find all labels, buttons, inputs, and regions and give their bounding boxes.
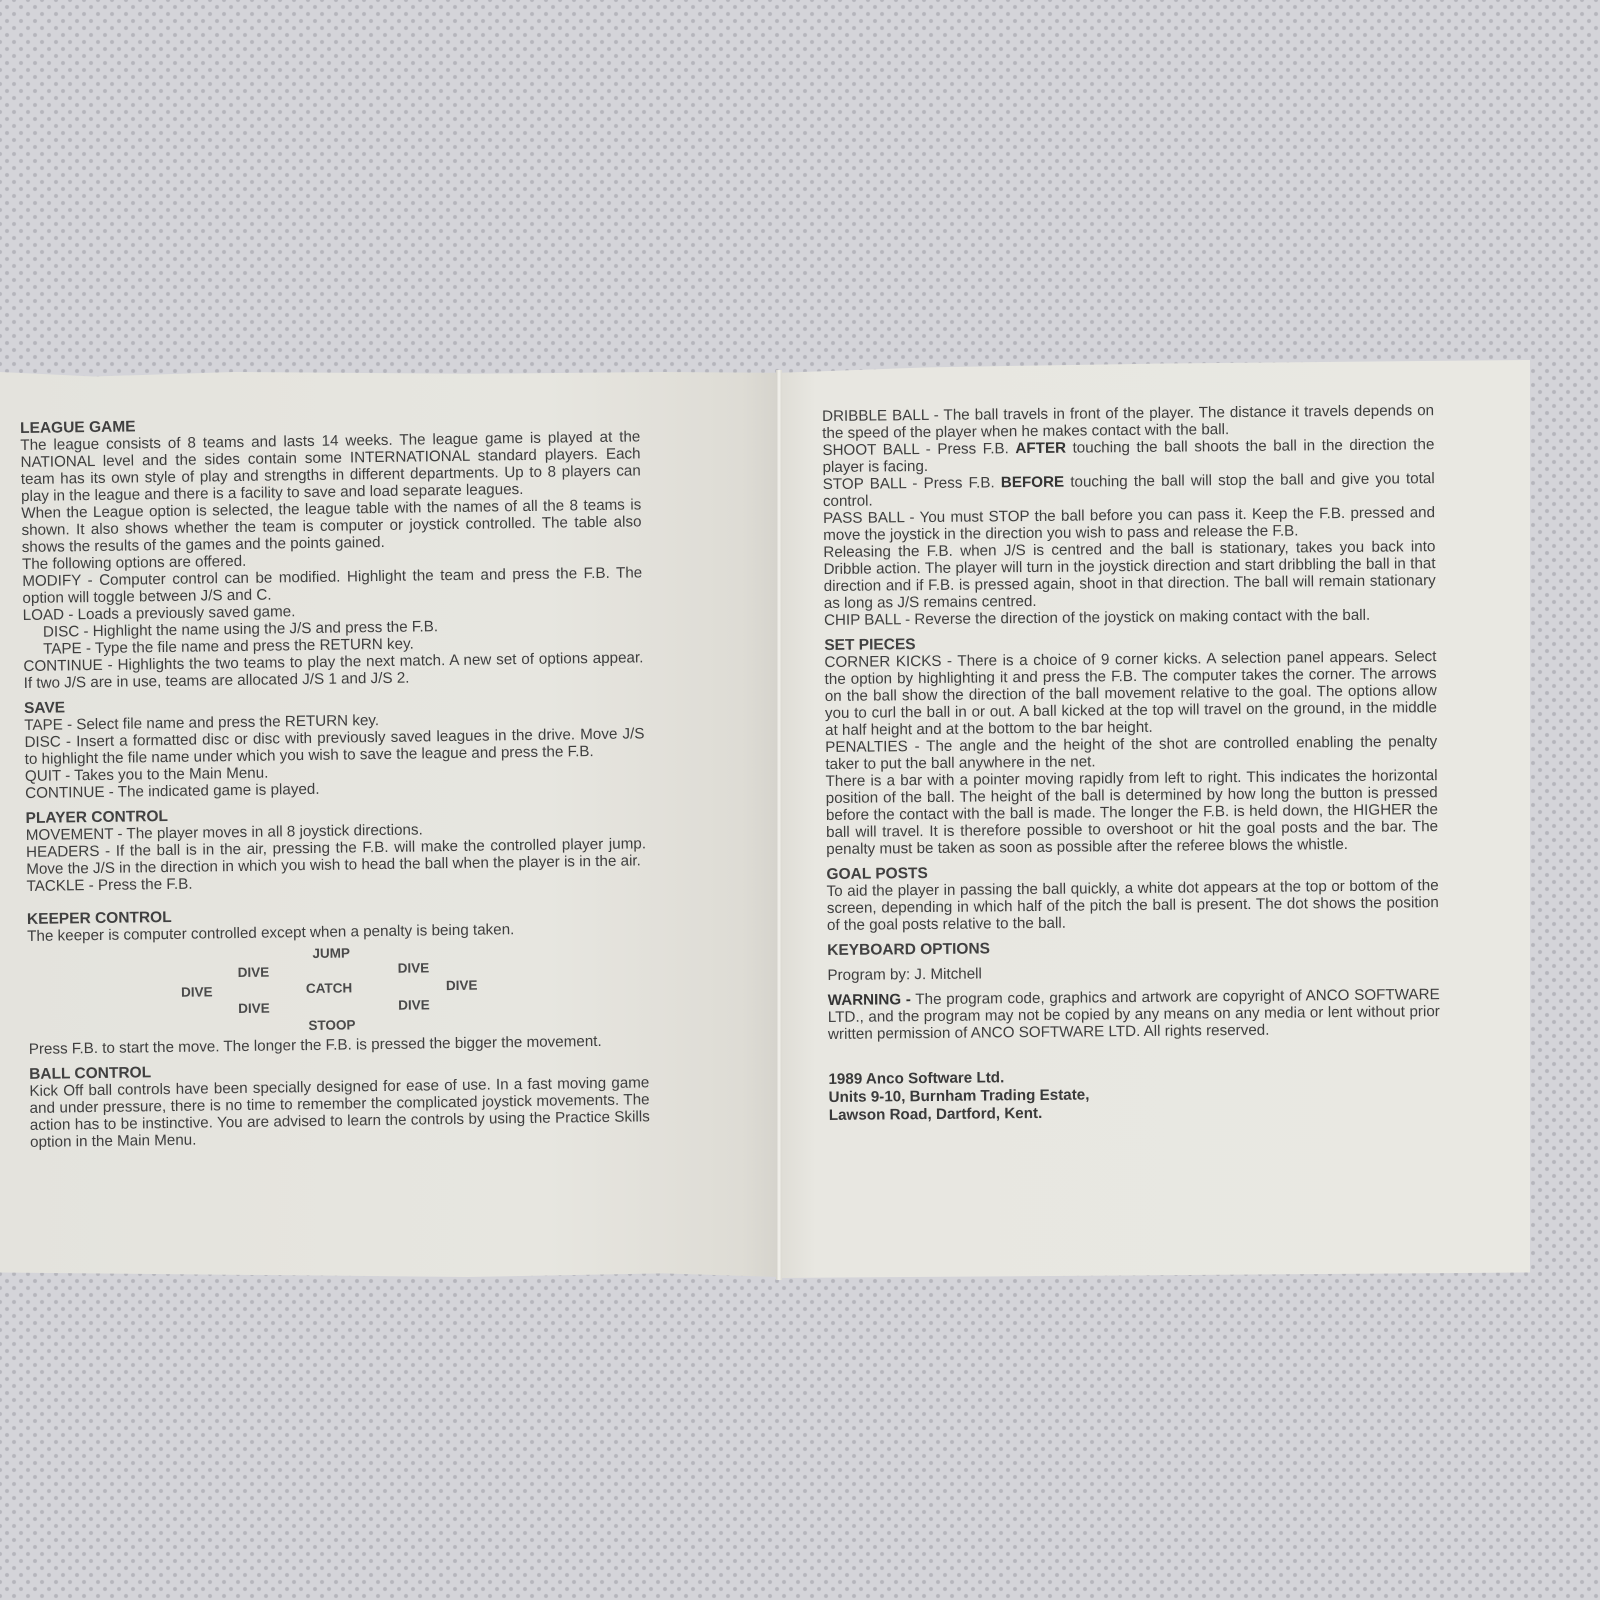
stop-ball-pre: STOP BALL - Press F.B. <box>823 474 995 493</box>
keeper-move-jump: JUMP <box>312 944 350 962</box>
section-keeper-control: KEEPER CONTROL The keeper is computer co… <box>27 902 649 1058</box>
shoot-ball-emphasis: AFTER <box>1015 440 1066 457</box>
keeper-direction-diagram: JUMP DIVE DIVE DIVE CATCH DIVE DIVE DIVE… <box>27 940 648 1041</box>
open-manual-booklet: LEAGUE GAME The league consists of 8 tea… <box>0 360 1530 1285</box>
keeper-move-dive-up-left: DIVE <box>238 964 270 981</box>
releasing-fb: Releasing the F.B. when J/S is centred a… <box>823 538 1436 612</box>
right-page-text: DRIBBLE BALL - The ball travels in front… <box>822 402 1441 1125</box>
copyright-warning: WARNING - The program code, graphics and… <box>828 986 1440 1043</box>
keeper-move-dive-down-right: DIVE <box>398 996 430 1013</box>
goal-posts-text: To aid the player in passing the ball qu… <box>827 877 1439 934</box>
section-save: SAVE TAPE - Select file name and press t… <box>24 691 645 802</box>
keeper-move-dive-down-left: DIVE <box>238 1000 270 1017</box>
corner-kicks: CORNER KICKS - There is a choice of 9 co… <box>824 648 1437 739</box>
stop-ball-emphasis: BEFORE <box>1001 474 1064 492</box>
booklet-spine <box>776 370 782 1280</box>
section-league-game: LEAGUE GAME The league consists of 8 tea… <box>20 411 644 692</box>
league-game-intro: The league consists of 8 teams and lasts… <box>20 428 641 505</box>
section-goal-posts: GOAL POSTS To aid the player in passing … <box>826 860 1439 934</box>
keeper-move-dive-left: DIVE <box>181 983 213 1000</box>
section-ball-control: BALL CONTROL Kick Off ball controls have… <box>29 1057 650 1151</box>
section-set-pieces: SET PIECES CORNER KICKS - There is a cho… <box>824 631 1438 858</box>
league-table-description: When the League option is selected, the … <box>21 496 642 556</box>
warning-label: WARNING - <box>828 991 911 1009</box>
section-player-control: PLAYER CONTROL MOVEMENT - The player mov… <box>25 801 646 895</box>
warning-text: The program code, graphics and artwork a… <box>828 986 1440 1043</box>
keeper-move-dive-right: DIVE <box>446 977 478 994</box>
keeper-move-dive-up-right: DIVE <box>398 959 430 976</box>
ball-control-text: Kick Off ball controls have been special… <box>29 1074 650 1151</box>
penalty-bar: There is a bar with a pointer moving rap… <box>826 767 1439 858</box>
keeper-move-catch: CATCH <box>306 979 352 997</box>
shoot-ball-pre: SHOOT BALL - Press F.B. <box>822 440 1009 459</box>
left-page-text: LEAGUE GAME The league consists of 8 tea… <box>20 411 650 1151</box>
publisher-address: 1989 Anco Software Ltd. Units 9-10, Burn… <box>828 1065 1440 1125</box>
keeper-move-stoop: STOOP <box>308 1016 355 1034</box>
